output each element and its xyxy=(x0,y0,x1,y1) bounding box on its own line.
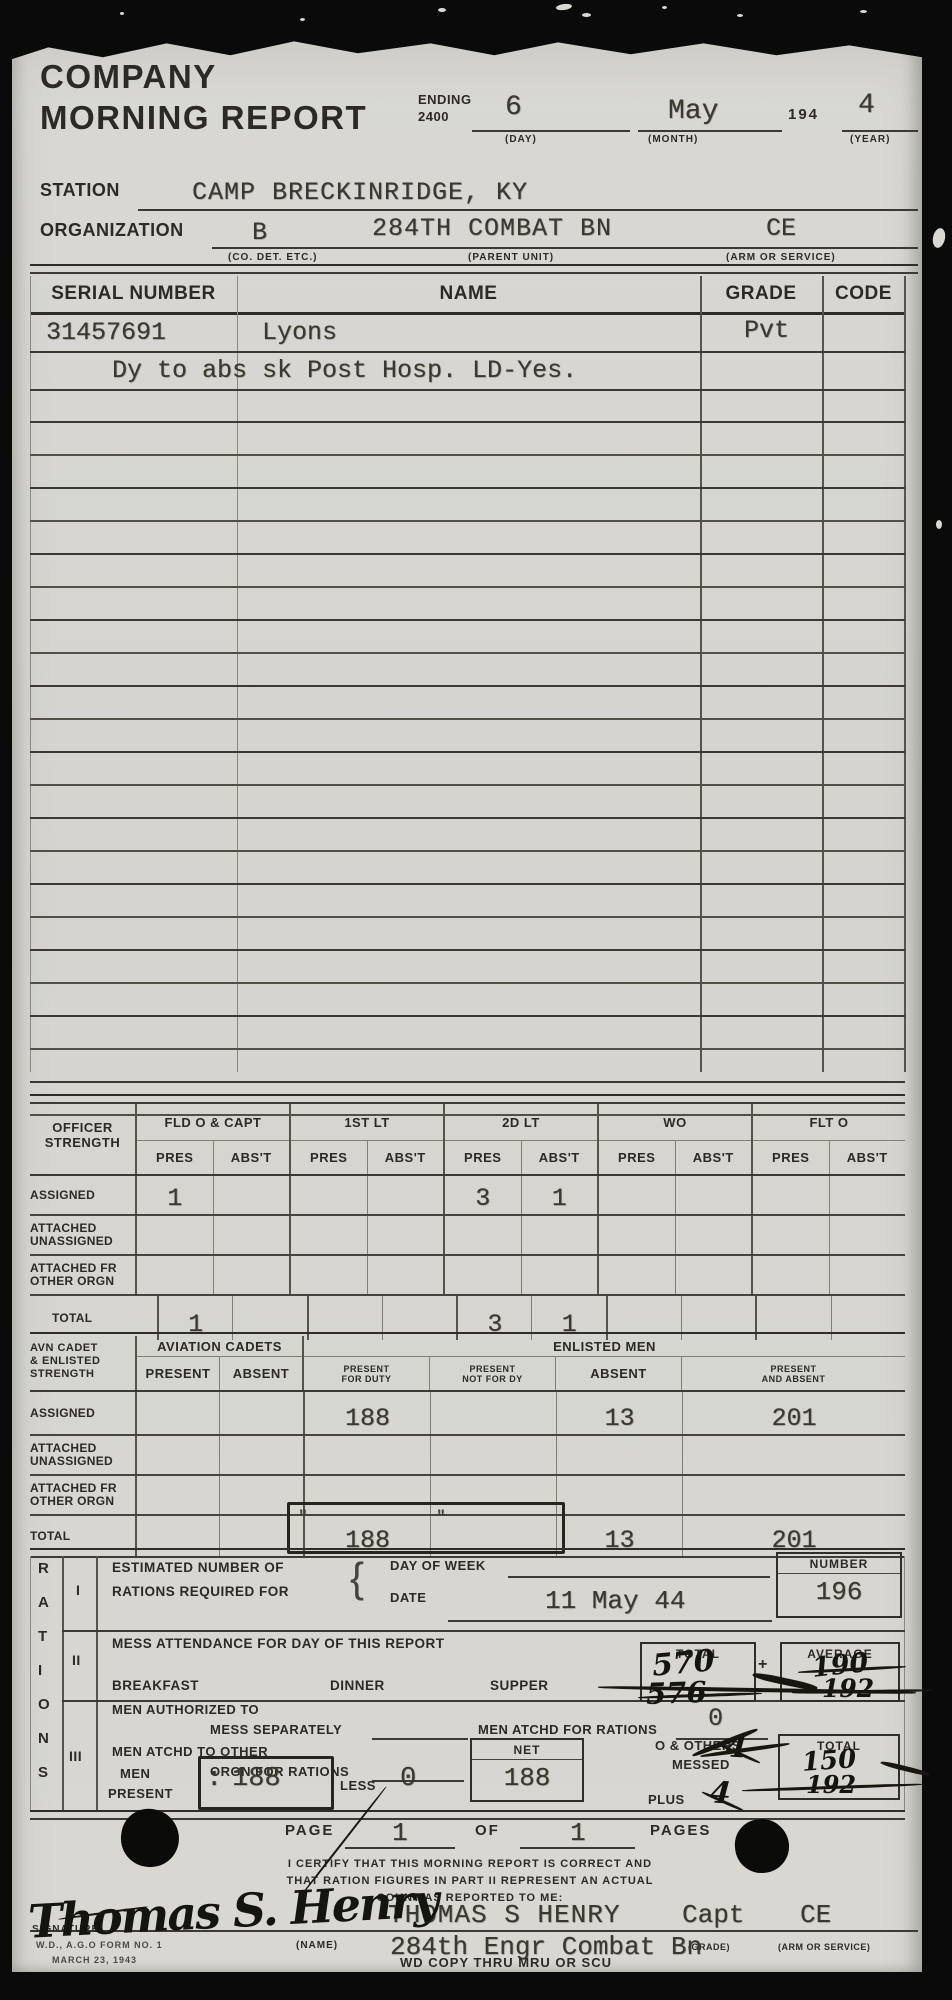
enlisted-strength-row-label: ATTACHED UNASSIGNED xyxy=(30,1436,135,1474)
enlisted-strength-cell xyxy=(430,1436,556,1474)
typed-arm: CE xyxy=(800,1900,831,1930)
ending-time: 2400 xyxy=(418,109,449,124)
officer-strength-table: OFFICER STRENGTH FLD O & CAPT PRESABS'T … xyxy=(30,1104,905,1340)
enlisted-strength-header: AVN CADET & ENLISTED STRENGTH AVIATION C… xyxy=(30,1336,905,1392)
rations-numeral-2: II xyxy=(72,1652,81,1668)
number-label: NUMBER xyxy=(778,1554,900,1574)
enlisted-strength-cell xyxy=(682,1436,905,1474)
scan-speck xyxy=(438,8,446,12)
roster-blank-row xyxy=(30,456,905,489)
roster-blank-row xyxy=(30,621,905,654)
rations-rail-letter: S xyxy=(38,1764,49,1781)
day-field: 6 xyxy=(505,92,522,123)
men-present-colon: : xyxy=(206,1764,222,1794)
pages-value: 1 xyxy=(570,1818,586,1848)
scan-speck xyxy=(931,227,947,249)
roster-blank-row xyxy=(30,423,905,456)
officer-strength-cell xyxy=(675,1176,752,1214)
rations-rail-letter: I xyxy=(38,1662,43,1679)
roster-blank-row xyxy=(30,918,905,951)
roster-blank-row xyxy=(30,522,905,555)
day-of-week-underline xyxy=(508,1576,770,1578)
roster-blank-row xyxy=(30,489,905,522)
organization-company-caption: (CO. DET. ETC.) xyxy=(228,252,317,263)
officer-strength-cell xyxy=(675,1256,752,1294)
organization-company-field: B xyxy=(252,218,267,247)
net-value: 188 xyxy=(472,1760,582,1793)
enlisted-strength-title: AVN CADET & ENLISTED STRENGTH xyxy=(30,1336,135,1390)
rations-row-rule xyxy=(62,1630,905,1632)
enlisted-strength-cell xyxy=(556,1476,682,1514)
group-fldo-capt: FLD O & CAPT xyxy=(137,1104,289,1141)
roster-header-rule xyxy=(30,312,905,315)
sub-present-for-duty: PRESENT FOR DUTY xyxy=(304,1357,429,1390)
men-present-line1: MEN xyxy=(120,1766,150,1781)
ditto-mark: " xyxy=(436,1508,446,1526)
rations-number-box: NUMBER 196 xyxy=(776,1552,902,1618)
sub-pres: PRES xyxy=(753,1141,829,1174)
officer-strength-cell xyxy=(289,1256,367,1294)
plus-sign: + xyxy=(758,1656,768,1674)
handwritten-total-bottom: 576 xyxy=(645,1675,707,1711)
sub-pres: PRES xyxy=(291,1141,367,1174)
plus-label: PLUS xyxy=(648,1792,685,1807)
roster-header-row: SERIAL NUMBER NAME GRADE CODE xyxy=(30,276,905,312)
men-present-value: 188 xyxy=(232,1764,281,1794)
roster-blank-row xyxy=(30,753,905,786)
rations-rail-letter: T xyxy=(38,1628,48,1645)
scan-speck xyxy=(662,6,667,9)
enlisted-strength-cell: 13 xyxy=(556,1392,682,1434)
roster-blank-row xyxy=(30,951,905,984)
scan-speck xyxy=(860,10,867,13)
officer-strength-cell xyxy=(751,1216,829,1254)
ditto-mark: " xyxy=(298,1508,308,1526)
scan-speck xyxy=(582,13,591,17)
enlisted-strength-cell: 188 xyxy=(303,1392,430,1434)
roster-col-serial: SERIAL NUMBER xyxy=(30,283,237,305)
year-caption: (YEAR) xyxy=(850,134,890,145)
officer-strength-row-label: ATTACHED UNASSIGNED xyxy=(30,1216,135,1254)
enlisted-strength-cell xyxy=(135,1476,219,1514)
enlisted-strength-cell xyxy=(135,1392,219,1434)
rations-rail-line xyxy=(96,1556,98,1812)
sub-pres: PRES xyxy=(137,1141,213,1174)
enlisted-strength-cell xyxy=(303,1436,430,1474)
sub-absent: ABSENT xyxy=(555,1357,681,1390)
roster-entry-grade: Pvt xyxy=(744,316,789,345)
roster-blank-row xyxy=(30,588,905,621)
scan-speck xyxy=(556,3,573,11)
group-flt-o: FLT O xyxy=(753,1104,905,1141)
section-rule xyxy=(30,1332,905,1334)
o-others-line2: MESSED xyxy=(672,1757,730,1772)
typed-grade: Capt xyxy=(682,1900,744,1930)
enlisted-men-group: ENLISTED MEN PRESENT FOR DUTY PRESENT NO… xyxy=(302,1336,905,1390)
organization-arm-caption: (ARM OR SERVICE) xyxy=(726,252,836,263)
day-underline xyxy=(472,130,630,132)
certification-line1: I CERTIFY THAT THIS MORNING REPORT IS CO… xyxy=(170,1856,770,1873)
less-value: 0 xyxy=(400,1764,416,1794)
month-field: May xyxy=(668,96,718,127)
rations-rail-line xyxy=(62,1556,64,1812)
roster-blank-row xyxy=(30,819,905,852)
atchd-for-rations-label: MEN ATCHD FOR RATIONS xyxy=(478,1722,657,1737)
form-title-line2: MORNING REPORT xyxy=(40,99,367,137)
roster-entry-remark: Dy to abs sk Post Hosp. LD-Yes. xyxy=(112,356,577,385)
officer-strength-cell: 1 xyxy=(135,1176,213,1214)
officer-strength-row: ATTACHED UNASSIGNED xyxy=(30,1216,905,1256)
officer-strength-cell xyxy=(597,1216,675,1254)
pages-label: PAGES xyxy=(650,1822,711,1839)
sub-pres: PRES xyxy=(599,1141,675,1174)
officer-strength-cell xyxy=(443,1256,521,1294)
roster-blank-row xyxy=(30,984,905,1017)
sub-ac-absent: ABSENT xyxy=(219,1357,302,1390)
officer-strength-cell xyxy=(367,1216,444,1254)
roster-blank-row xyxy=(30,555,905,588)
atchd-for-rations-value: 0 xyxy=(708,1704,723,1733)
officer-strength-cell xyxy=(213,1216,290,1254)
sub-pres: PRES xyxy=(445,1141,521,1174)
net-box: NET 188 xyxy=(470,1738,584,1802)
rations-rail-line xyxy=(904,1556,905,1812)
roster-blank-rows xyxy=(30,390,905,1116)
enlisted-strength-cell: 201 xyxy=(682,1392,905,1434)
roster-blank-row xyxy=(30,1050,905,1083)
enlisted-strength-row-label: ASSIGNED xyxy=(30,1392,135,1434)
officer-col-group: FLT O PRESABS'T xyxy=(751,1104,905,1174)
page-label: PAGE xyxy=(285,1822,334,1839)
supper-label: SUPPER xyxy=(490,1678,549,1693)
mess-separately-underline xyxy=(372,1738,468,1740)
organization-parent-field: 284TH COMBAT BN xyxy=(372,214,612,243)
enlisted-strength-row-label: ATTACHED FR OTHER ORGN xyxy=(30,1476,135,1514)
section-rule xyxy=(30,1094,905,1104)
roster-blank-row xyxy=(30,687,905,720)
rations-rail-letter: A xyxy=(38,1594,49,1611)
roster-blank-row xyxy=(30,720,905,753)
organization-label: ORGANIZATION xyxy=(40,220,184,241)
sub-ac-present: PRESENT xyxy=(137,1357,219,1390)
form-title-line1: COMPANY xyxy=(40,58,217,96)
atchd-other-underline xyxy=(372,1780,464,1782)
enlisted-strength-row: ASSIGNED18813201 xyxy=(30,1392,905,1436)
roster-col-grade: GRADE xyxy=(700,283,822,305)
officer-strength-row-label: ASSIGNED xyxy=(30,1176,135,1214)
enlisted-strength-cell xyxy=(430,1392,556,1434)
date-field: 11 May 44 xyxy=(545,1586,685,1616)
roster-blank-row xyxy=(30,885,905,918)
roster-entry-name: Lyons xyxy=(262,318,337,347)
officer-strength-cell xyxy=(135,1256,213,1294)
officer-strength-cell xyxy=(521,1256,598,1294)
dinner-label: DINNER xyxy=(330,1678,385,1693)
number-value: 196 xyxy=(778,1574,900,1607)
organization-parent-caption: (PARENT UNIT) xyxy=(468,252,554,263)
roster-blank-row xyxy=(30,654,905,687)
handwritten-plus-value: 4 xyxy=(709,1775,732,1811)
sub-present-not-for-dy: PRESENT NOT FOR DY xyxy=(429,1357,555,1390)
aviation-cadets-group: AVIATION CADETS PRESENT ABSENT xyxy=(135,1336,302,1390)
rations-numeral-1: I xyxy=(76,1582,80,1598)
enlisted-strength-cell xyxy=(135,1436,219,1474)
sub-abst: ABS'T xyxy=(829,1141,906,1174)
officer-strength-cell xyxy=(367,1176,444,1214)
officer-col-group: FLD O & CAPT PRESABS'T xyxy=(135,1104,289,1174)
net-label: NET xyxy=(472,1740,582,1760)
name-caption: (NAME) xyxy=(296,1940,338,1951)
group-enlisted-men: ENLISTED MEN xyxy=(304,1336,905,1357)
officer-strength-cell xyxy=(597,1256,675,1294)
organization-underline xyxy=(212,247,918,249)
officer-strength-cell xyxy=(289,1176,367,1214)
page-value: 1 xyxy=(392,1818,408,1848)
rations-numeral-3: III xyxy=(69,1748,82,1764)
rations-rail-letter: N xyxy=(38,1730,49,1747)
roster-blank-row xyxy=(30,390,905,423)
rations-rail-letter: R xyxy=(38,1560,49,1577)
officer-strength-cell xyxy=(751,1176,829,1214)
officer-strength-row: ASSIGNED131 xyxy=(30,1176,905,1216)
ending-label: ENDING xyxy=(418,92,472,107)
officer-col-group: 1ST LT PRESABS'T xyxy=(289,1104,443,1174)
scan-speck xyxy=(737,14,743,17)
station-field: CAMP BRECKINRIDGE, KY xyxy=(192,178,528,207)
scan-speck xyxy=(936,520,942,529)
officer-strength-header: OFFICER STRENGTH FLD O & CAPT PRESABS'T … xyxy=(30,1104,905,1176)
officer-strength-cell xyxy=(521,1216,598,1254)
brace-glyph: { xyxy=(350,1554,365,1602)
year-underline xyxy=(842,130,918,132)
organization-arm-field: CE xyxy=(766,214,796,243)
day-caption: (DAY) xyxy=(505,134,537,145)
month-caption: (MONTH) xyxy=(648,134,698,145)
section-rule xyxy=(30,264,918,274)
officer-strength-cell: 1 xyxy=(521,1176,598,1214)
rations-estimated-line2: RATIONS REQUIRED FOR xyxy=(112,1584,289,1599)
group-aviation-cadets: AVIATION CADETS xyxy=(137,1336,302,1357)
month-underline xyxy=(638,130,782,132)
year-prefix: 194 xyxy=(788,106,819,123)
officer-strength-cell xyxy=(367,1256,444,1294)
officer-strength-cell xyxy=(289,1216,367,1254)
roster-row-rule xyxy=(30,351,905,353)
date-underline xyxy=(448,1620,772,1622)
sub-present-and-absent: PRESENT AND ABSENT xyxy=(681,1357,905,1390)
enlisted-strength-cell xyxy=(682,1476,905,1514)
day-of-week-label: DAY OF WEEK xyxy=(390,1558,486,1573)
roster-entry-serial: 31457691 xyxy=(46,318,166,347)
year-field: 4 xyxy=(858,90,875,121)
date-label: DATE xyxy=(390,1590,426,1605)
officer-strength-cell: 3 xyxy=(443,1176,521,1214)
officer-strength-cell xyxy=(675,1216,752,1254)
rations-estimated-line1: ESTIMATED NUMBER OF xyxy=(112,1560,284,1575)
copy-note: WD COPY THRU MRU OR SCU xyxy=(400,1955,612,1970)
officer-strength-cell xyxy=(829,1176,906,1214)
enlisted-strength-cell xyxy=(556,1436,682,1474)
officer-strength-cell xyxy=(135,1216,213,1254)
officer-strength-cell xyxy=(213,1176,290,1214)
officer-strength-row-label: ATTACHED FR OTHER ORGN xyxy=(30,1256,135,1294)
form-number-line2: MARCH 23, 1943 xyxy=(52,1955,137,1965)
section-rule xyxy=(30,1548,905,1558)
sub-abst: ABS'T xyxy=(367,1141,444,1174)
group-1st-lt: 1ST LT xyxy=(291,1104,443,1141)
sub-abst: ABS'T xyxy=(521,1141,598,1174)
men-present-line2: PRESENT xyxy=(108,1786,173,1801)
group-wo: WO xyxy=(599,1104,751,1141)
of-label: OF xyxy=(475,1822,500,1839)
rations-rail-letter: O xyxy=(38,1696,50,1713)
roster-blank-row xyxy=(30,1017,905,1050)
officer-strength-cell xyxy=(597,1176,675,1214)
roster-blank-row xyxy=(30,786,905,819)
less-label: LESS xyxy=(340,1778,376,1793)
authorized-line2: MESS SEPARATELY xyxy=(210,1722,342,1737)
hand-drawn-box xyxy=(287,1502,565,1554)
officer-strength-cell xyxy=(213,1256,290,1294)
officer-strength-cell xyxy=(751,1256,829,1294)
officer-strength-title: OFFICER STRENGTH xyxy=(30,1104,135,1174)
breakfast-label: BREAKFAST xyxy=(112,1678,199,1693)
officer-strength-cell xyxy=(829,1216,906,1254)
officer-strength-cell xyxy=(829,1256,906,1294)
group-2d-lt: 2D LT xyxy=(445,1104,597,1141)
enlisted-strength-cell xyxy=(219,1436,303,1474)
officer-col-group: WO PRESABS'T xyxy=(597,1104,751,1174)
rations-rail-line xyxy=(30,1556,31,1812)
sub-abst: ABS'T xyxy=(675,1141,752,1174)
officer-col-group: 2D LT PRESABS'T xyxy=(443,1104,597,1174)
officer-strength-cell xyxy=(443,1216,521,1254)
scan-speck xyxy=(300,18,305,21)
station-label: STATION xyxy=(40,180,120,201)
roster-col-name: NAME xyxy=(237,283,700,305)
scan-speck xyxy=(120,12,124,15)
enlisted-strength-row: ATTACHED UNASSIGNED xyxy=(30,1436,905,1476)
arm-caption: (ARM OR SERVICE) xyxy=(778,1942,870,1952)
authorized-line1: MEN AUTHORIZED TO xyxy=(112,1702,259,1717)
roster-col-code: CODE xyxy=(822,283,905,305)
roster-blank-row xyxy=(30,852,905,885)
officer-strength-row: ATTACHED FR OTHER ORGN xyxy=(30,1256,905,1296)
station-underline xyxy=(138,209,918,211)
mess-attendance-label: MESS ATTENDANCE FOR DAY OF THIS REPORT xyxy=(112,1636,445,1651)
sub-abst: ABS'T xyxy=(213,1141,290,1174)
scanned-morning-report: COMPANY MORNING REPORT ENDING 2400 6 (DA… xyxy=(0,0,952,2000)
enlisted-strength-cell xyxy=(219,1392,303,1434)
